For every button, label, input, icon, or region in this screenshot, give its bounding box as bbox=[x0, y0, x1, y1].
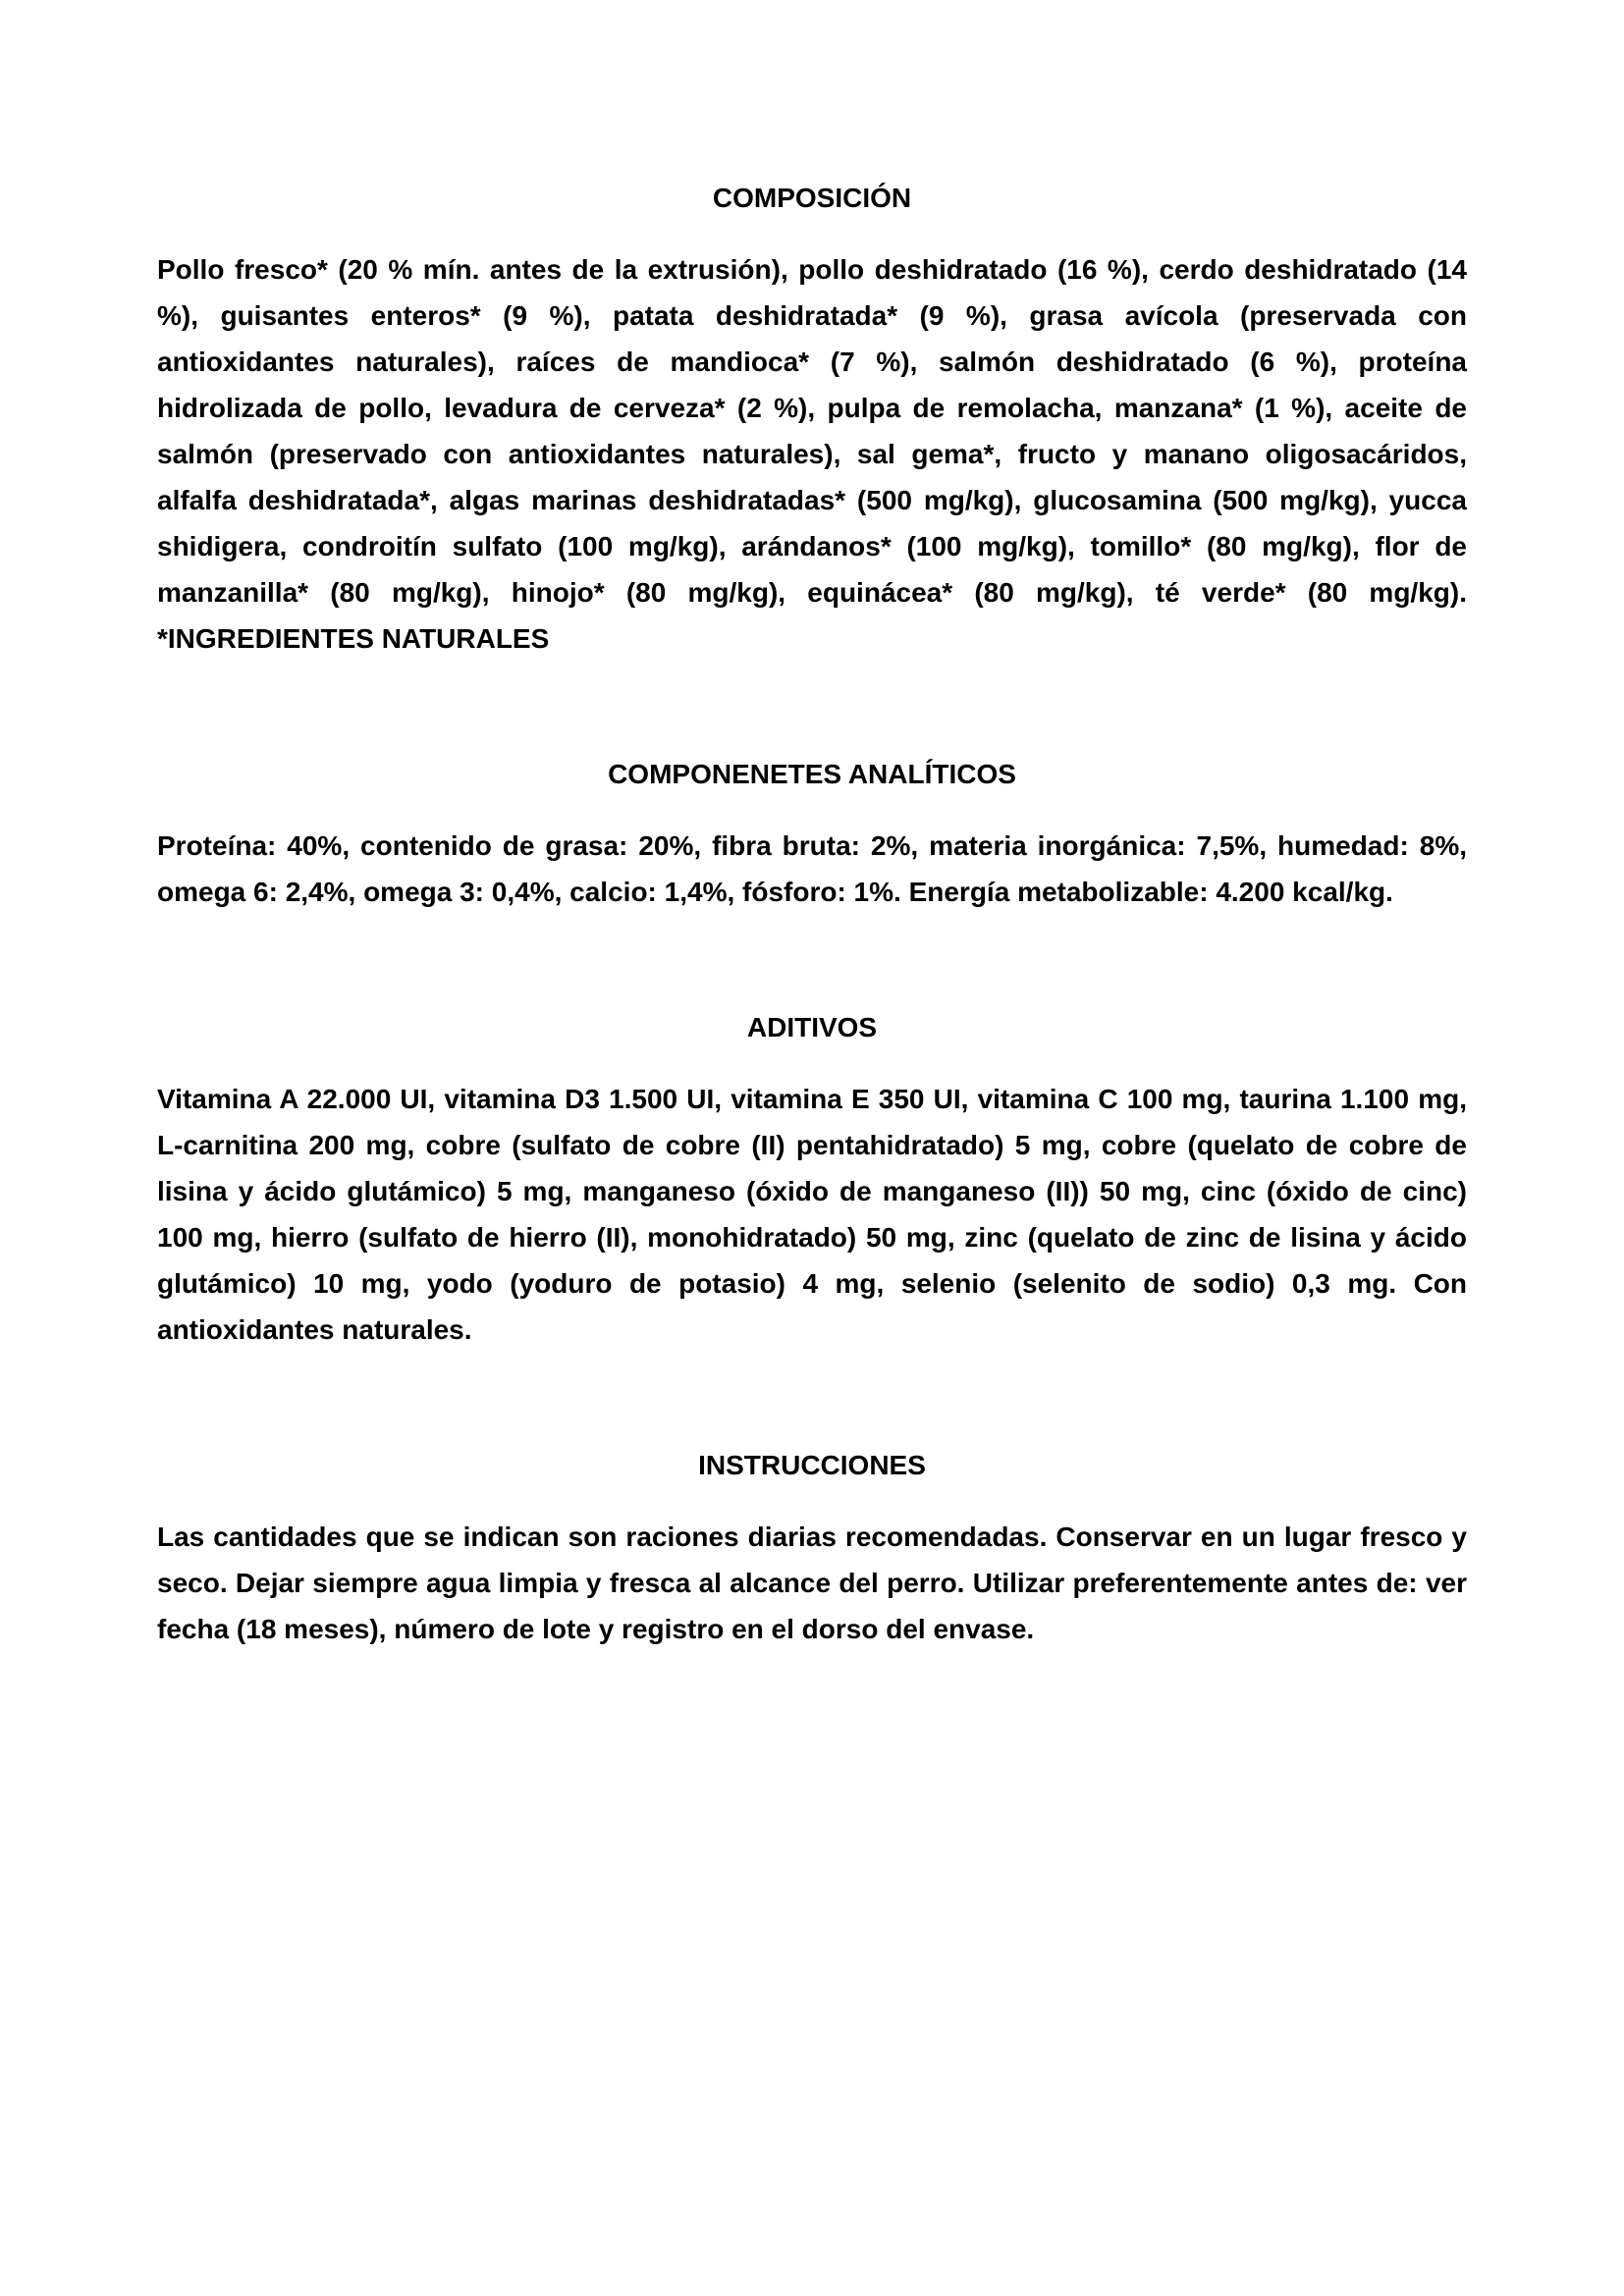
document-page: COMPOSICIÓN Pollo fresco* (20 % mín. ant… bbox=[0, 0, 1624, 2296]
section-title-composicion: COMPOSICIÓN bbox=[157, 175, 1467, 221]
section-title-aditivos: ADITIVOS bbox=[157, 1004, 1467, 1050]
section-body-componentes-analiticos: Proteína: 40%, contenido de grasa: 20%, … bbox=[157, 823, 1467, 915]
section-title-instrucciones: INSTRUCCIONES bbox=[157, 1442, 1467, 1488]
section-body-composicion: Pollo fresco* (20 % mín. antes de la ext… bbox=[157, 246, 1467, 662]
section-composicion: COMPOSICIÓN Pollo fresco* (20 % mín. ant… bbox=[157, 175, 1467, 662]
section-body-aditivos: Vitamina A 22.000 UI, vitamina D3 1.500 … bbox=[157, 1076, 1467, 1353]
section-instrucciones: INSTRUCCIONES Las cantidades que se indi… bbox=[157, 1442, 1467, 1652]
section-componentes-analiticos: COMPONENETES ANALÍTICOS Proteína: 40%, c… bbox=[157, 751, 1467, 915]
section-aditivos: ADITIVOS Vitamina A 22.000 UI, vitamina … bbox=[157, 1004, 1467, 1353]
section-body-instrucciones: Las cantidades que se indican son racion… bbox=[157, 1514, 1467, 1652]
section-title-componentes-analiticos: COMPONENETES ANALÍTICOS bbox=[157, 751, 1467, 797]
